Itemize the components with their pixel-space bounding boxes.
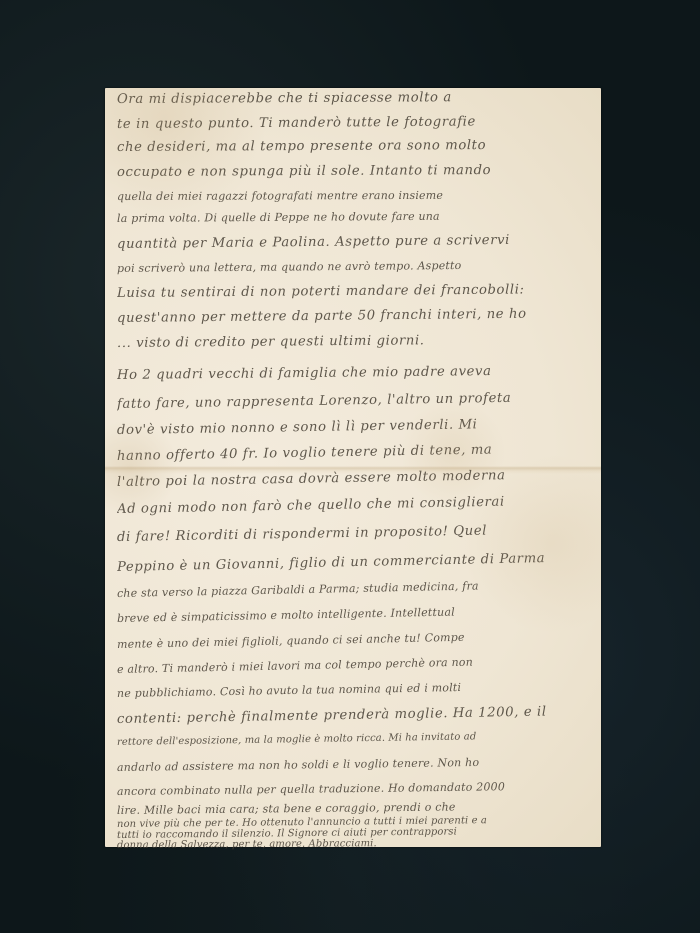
letter-line: Ora mi dispiacerebbe che ti spiacesse mo… [117,89,595,107]
letter-line: poi scriverò una lettera, ma quando ne a… [117,258,595,275]
letter-text: Quel [448,524,487,540]
letter-page: Ora mi dispiacerebbe che ti spiacesse mo… [105,88,601,847]
letter-line: ... visto di credito per questi ultimi g… [117,332,595,351]
letter-line: Ad ogni modo non farò che quello che mi … [117,493,595,517]
letter-line: contenti: perchè finalmente prenderà mog… [117,704,595,727]
letter-line: hanno offerto 40 fr. Io voglio tenere pi… [117,441,595,464]
letter-line: l'altro poi la nostra casa dovrà essere … [117,467,595,490]
letter-line: Peppino è un Giovanni, figlio di un comm… [117,550,595,575]
letter-text: di fare! [117,529,171,545]
letter-line: mente è uno dei miei figlioli, quando ci… [117,628,595,651]
letter-line: breve ed è simpaticissimo e molto intell… [117,603,595,625]
letter-line: ancora combinato nulla per quella traduz… [117,779,595,798]
letter-line: la prima volta. Di quelle di Peppe ne ho… [117,209,595,225]
letter-line: di fare! Ricorditi di rispondermi in pro… [117,522,595,545]
letter-line: che sta verso la piazza Garibaldi a Parm… [117,577,595,600]
underlined-phrase: Ricorditi di rispondermi in proposito! [175,524,448,545]
letter-line: occupato e non spunga più il sole. Intan… [117,162,595,180]
letter-line: andarlo ad assistere ma non ho soldi e l… [117,754,595,774]
letter-line: Luisa tu sentirai di non poterti mandare… [117,282,595,301]
letter-line: Ho 2 quadri vecchi di famiglia che mio p… [117,363,595,383]
letter-line: te in questo punto. Ti manderò tutte le … [117,114,595,132]
letter-line: fatto fare, uno rappresenta Lorenzo, l'a… [117,389,595,412]
letter-line: quest'anno per mettere da parte 50 franc… [117,306,595,326]
letter-line: rettore dell'esposizione, ma la moglie è… [117,729,595,748]
letter-line: e altro. Ti manderò i miei lavori ma col… [117,653,595,676]
letter-line: dov'è visto mio nonno e sono lì lì per v… [117,415,595,438]
letter-line: quella dei miei ragazzi fotografati ment… [117,188,595,203]
letter-line: che desideri, ma al tempo presente ora s… [117,137,595,155]
letter-line: quantità per Maria e Paolina. Aspetto pu… [117,232,595,252]
letter-line: ne pubblichiamo. Così ho avuto la tua no… [117,679,595,700]
